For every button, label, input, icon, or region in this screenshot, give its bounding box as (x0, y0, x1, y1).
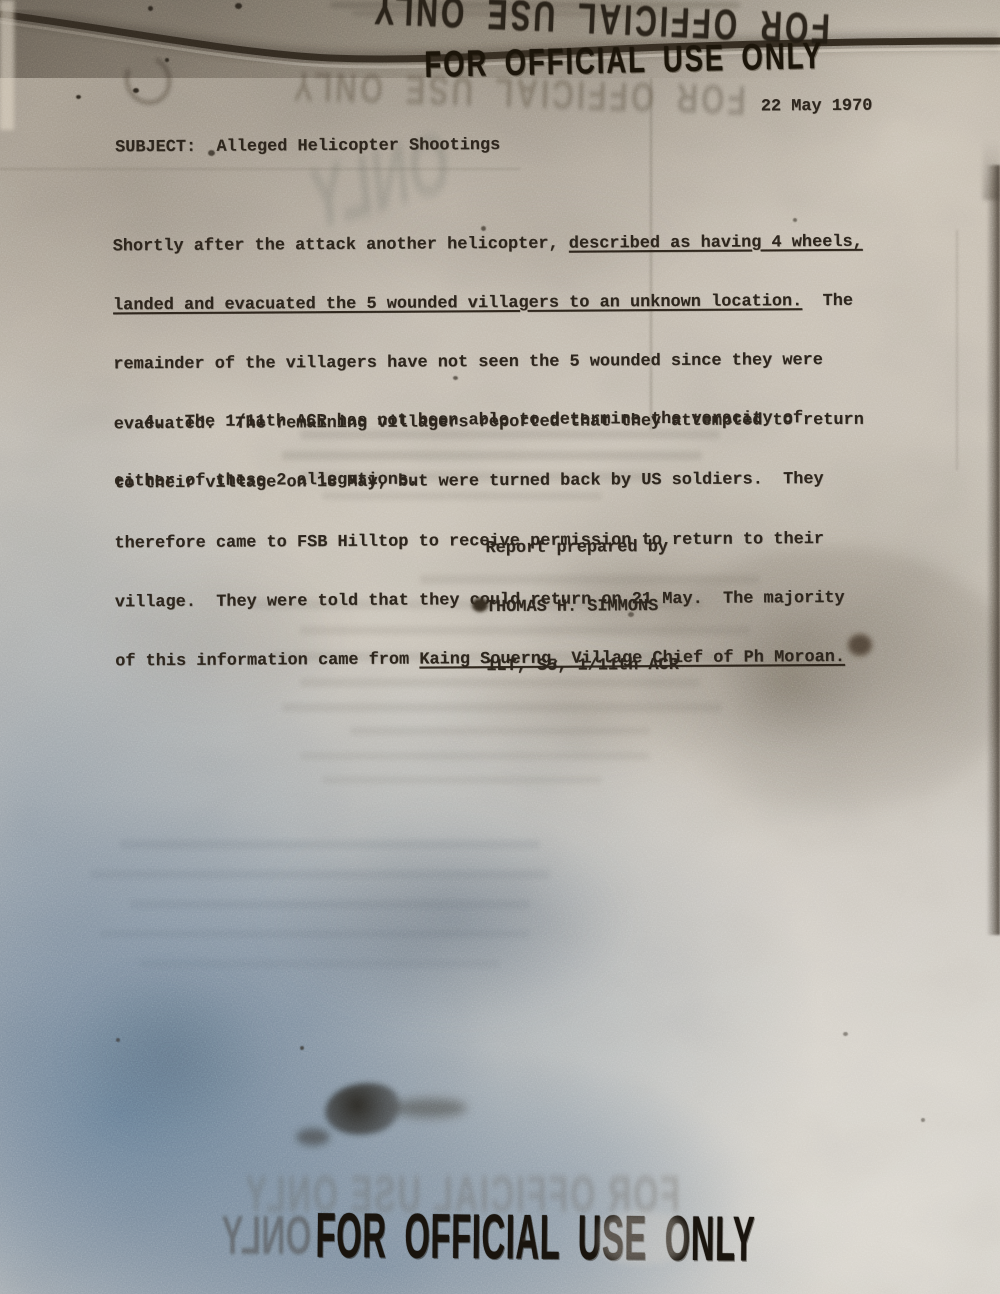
document-photo: { "doc": { "stamp": "FOR OFFICIAL USE ON… (0, 0, 1000, 1294)
signature-line: Report prepared by (485, 538, 678, 559)
body-line: landed and evacuated the 5 wounded villa… (113, 292, 863, 316)
vertical-fold-line (650, 78, 652, 430)
paper-mottle-texture (0, 0, 1000, 1294)
ink-smudge (118, 49, 178, 112)
ink-blot-smear (392, 1098, 467, 1118)
classification-stamp-bottom: FOR OFFICIAL USE ONLY (315, 1200, 755, 1276)
page-left-edge (0, 0, 14, 130)
body-line: Shortly after the attack another helicop… (113, 232, 863, 256)
ghost-only-word-top: ONLY (302, 111, 454, 252)
blue-stain-dark-patch (70, 970, 270, 1140)
page-right-edge-fade (983, 140, 1000, 200)
classification-stamp-top: FOR OFFICIAL USE ONLY (424, 35, 824, 86)
document-date: 22 May 1970 (761, 97, 873, 117)
paper-grain-texture (0, 0, 1000, 1294)
page-right-edge-shadow (983, 165, 1000, 935)
ink-blot (848, 634, 872, 656)
body-line: therefore came to FSB Hilltop to receive… (114, 529, 864, 553)
stain (80, 555, 350, 725)
ghost-only-word-bottom: ONLY (228, 1205, 311, 1267)
ink-blot (296, 1128, 330, 1146)
typed-content: 22 May 1970 SUBJECT: Alleged Helicopter … (0, 0, 1000, 1294)
body-line: remainder of the villagers have not seen… (113, 351, 863, 375)
vertical-fold-line (956, 230, 958, 470)
blue-stain-wash (0, 0, 1000, 1294)
ink-blot-large (325, 1083, 401, 1135)
paper-background (0, 0, 1000, 1294)
